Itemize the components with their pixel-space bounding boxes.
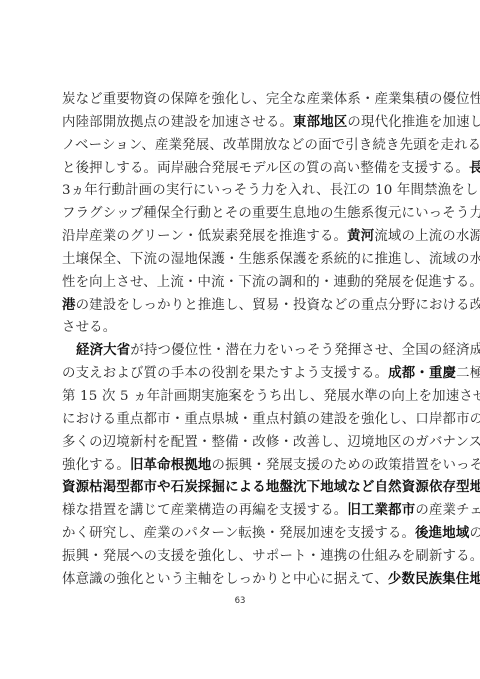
- text-segment: 沿岸産業のグリーン・低炭素発展を推進する。: [62, 229, 347, 244]
- text-segment: 多くの辺境新村を配置・整備・改修・改善し、辺境地区のガバナンスと安定確保を: [62, 435, 480, 450]
- text-segment: 炭など重要物資の保障を強化し、完全な産業体系・産業集積の優位性を発揮させ、: [62, 92, 480, 107]
- text-segment: 振興・発展への支援を強化し、サポート・連携の仕組みを刷新する。中華民族共同: [62, 549, 480, 564]
- text-line: 様な措置を講じて産業構造の再編を支援する。旧工業都市の産業チェーン構造を細: [62, 500, 419, 523]
- text-line: 振興・発展への支援を強化し、サポート・連携の仕組みを刷新する。中華民族共同: [62, 546, 419, 569]
- text-line: 性を向上させ、上流・中流・下流の調和的・連動的発展を促進する。海南自由貿易: [62, 272, 419, 295]
- text-line: における重点都市・重点県城・重点村鎮の建設を強化し、口岸都市の発展を支援し、: [62, 409, 419, 432]
- text-segment: かく研究し、産業のパターン転換・発展加速を支援する。: [62, 526, 415, 541]
- text-line: 経済大省が持つ優位性・潜在力をいっそう発揮させ、全国の経済成長に対する量: [62, 340, 419, 363]
- text-line: 資源枯渇型都市や石炭採掘による地盤沈下地域など自然資源依存型地区に対し、多: [62, 477, 419, 500]
- body-text: 炭など重要物資の保障を強化し、完全な産業体系・産業集積の優位性を発揮させ、内陸部…: [62, 89, 419, 592]
- text-segment: ノベーション、産業発展、改革開放などの面で引き続き先頭を走れるようしっかり: [62, 138, 480, 153]
- bold-term: 少数民族集住地区: [388, 572, 480, 587]
- text-line: 沿岸産業のグリーン・低炭素発展を推進する。黄河流域の上流の水源涵養、中流の: [62, 226, 419, 249]
- text-line: と後押しする。両岸融合発展モデル区の質の高い整備を支援する。長江大規模保護: [62, 158, 419, 181]
- text-line: フラグシップ種保全行動とその重要生息地の生態系復元にいっそう力を入れ、長江: [62, 203, 419, 226]
- text-segment: 強化する。: [62, 458, 130, 473]
- text-line: ノベーション、産業発展、改革開放などの面で引き続き先頭を走れるようしっかり: [62, 135, 419, 158]
- text-segment: 3ヵ年行動計画の実行にいっそう力を入れ、長江の 10 年間禁漁をしっかりと実施し…: [62, 183, 480, 198]
- text-segment: 土壌保全、下流の湿地保護・生態系保護を系統的に推進し、流域の水生態系の安定: [62, 252, 480, 267]
- text-segment: 流域の上流の水源涵養、中流の: [374, 229, 480, 244]
- bold-term: 後進地域: [415, 526, 469, 541]
- text-segment: 様な措置を講じて産業構造の再編を支援する。: [62, 503, 347, 518]
- text-segment: の現代化推進を加速し、科学技術イ: [347, 115, 480, 130]
- text-line: 体意識の強化という主軸をしっかりと中心に据えて、少数民族集住地区の質の高い: [62, 569, 419, 592]
- bold-term: 旧工業都市: [347, 503, 415, 518]
- text-segment: 二極経済圏開発の: [456, 366, 480, 381]
- text-segment: させる。: [62, 320, 116, 335]
- bold-term: 経済大省: [76, 343, 130, 358]
- text-line: 多くの辺境新村を配置・整備・改修・改善し、辺境地区のガバナンスと安定確保を: [62, 432, 419, 455]
- text-line: 内陸部開放拠点の建設を加速させる。東部地区の現代化推進を加速し、科学技術イ: [62, 112, 419, 135]
- text-segment: 体意識の強化という主軸をしっかりと中心に据えて、: [62, 572, 388, 587]
- bold-term: 港: [62, 298, 76, 313]
- text-segment: の産業チェーン構造を細: [415, 503, 480, 518]
- page-number: 63: [0, 596, 480, 606]
- text-line: 第 15 次 5 ヵ年計画期実施案をうち出し、発展水準の向上を加速させる。辺境地…: [62, 386, 419, 409]
- text-segment: における重点都市・重点県城・重点村鎮の建設を強化し、口岸都市の発展を支援し、: [62, 412, 480, 427]
- text-segment: の県城における: [469, 526, 480, 541]
- text-line: かく研究し、産業のパターン転換・発展加速を支援する。後進地域の県城における: [62, 523, 419, 546]
- bold-term: 旧革命根拠地: [130, 458, 212, 473]
- bold-term: 資源枯渇型都市や石炭採掘による地盤沈下地域など自然資源依存型地区: [62, 480, 480, 495]
- text-segment: フラグシップ種保全行動とその重要生息地の生態系復元にいっそう力を入れ、長江: [62, 206, 480, 221]
- text-line: 港の建設をしっかりと推進し、貿易・投資などの重点分野における改革開放を加速: [62, 295, 419, 318]
- text-line: させる。: [62, 317, 419, 340]
- bold-term: 東部地区: [293, 115, 347, 130]
- text-line: 3ヵ年行動計画の実行にいっそう力を入れ、長江の 10 年間禁漁をしっかりと実施し…: [62, 180, 419, 203]
- bold-term: 黄河: [347, 229, 374, 244]
- text-segment: 第 15 次 5 ヵ年計画期実施案をうち出し、発展水準の向上を加速させる。: [62, 389, 480, 404]
- bold-term: 成都・重慶: [388, 366, 456, 381]
- text-segment: の振興・発展支援のための政策措置をいっそう充実させる。: [212, 458, 480, 473]
- text-line: 炭など重要物資の保障を強化し、完全な産業体系・産業集積の優位性を発揮させ、: [62, 89, 419, 112]
- text-segment: と後押しする。両岸融合発展モデル区の質の高い整備を支援する。: [62, 161, 469, 176]
- bold-term: 長江: [469, 161, 480, 176]
- text-segment: が持つ優位性・潜在力をいっそう発揮させ、全国の経済成長に対する量: [130, 343, 480, 358]
- text-line: 強化する。旧革命根拠地の振興・発展支援のための政策措置をいっそう充実させる。: [62, 455, 419, 478]
- text-line: 土壌保全、下流の湿地保護・生態系保護を系統的に推進し、流域の水生態系の安定: [62, 249, 419, 272]
- text-segment: 性を向上させ、上流・中流・下流の調和的・連動的発展を促進する。: [62, 275, 480, 290]
- document-page: 炭など重要物資の保障を強化し、完全な産業体系・産業集積の優位性を発揮させ、内陸部…: [0, 0, 480, 679]
- text-line: の支えおよび質の手本の役割を果たすよう支援する。成都・重慶二極経済圏開発の: [62, 363, 419, 386]
- text-segment: 内陸部開放拠点の建設を加速させる。: [62, 115, 293, 130]
- text-segment: の支えおよび質の手本の役割を果たすよう支援する。: [62, 366, 388, 381]
- text-segment: の建設をしっかりと推進し、貿易・投資などの重点分野における改革開放を加速: [76, 298, 480, 313]
